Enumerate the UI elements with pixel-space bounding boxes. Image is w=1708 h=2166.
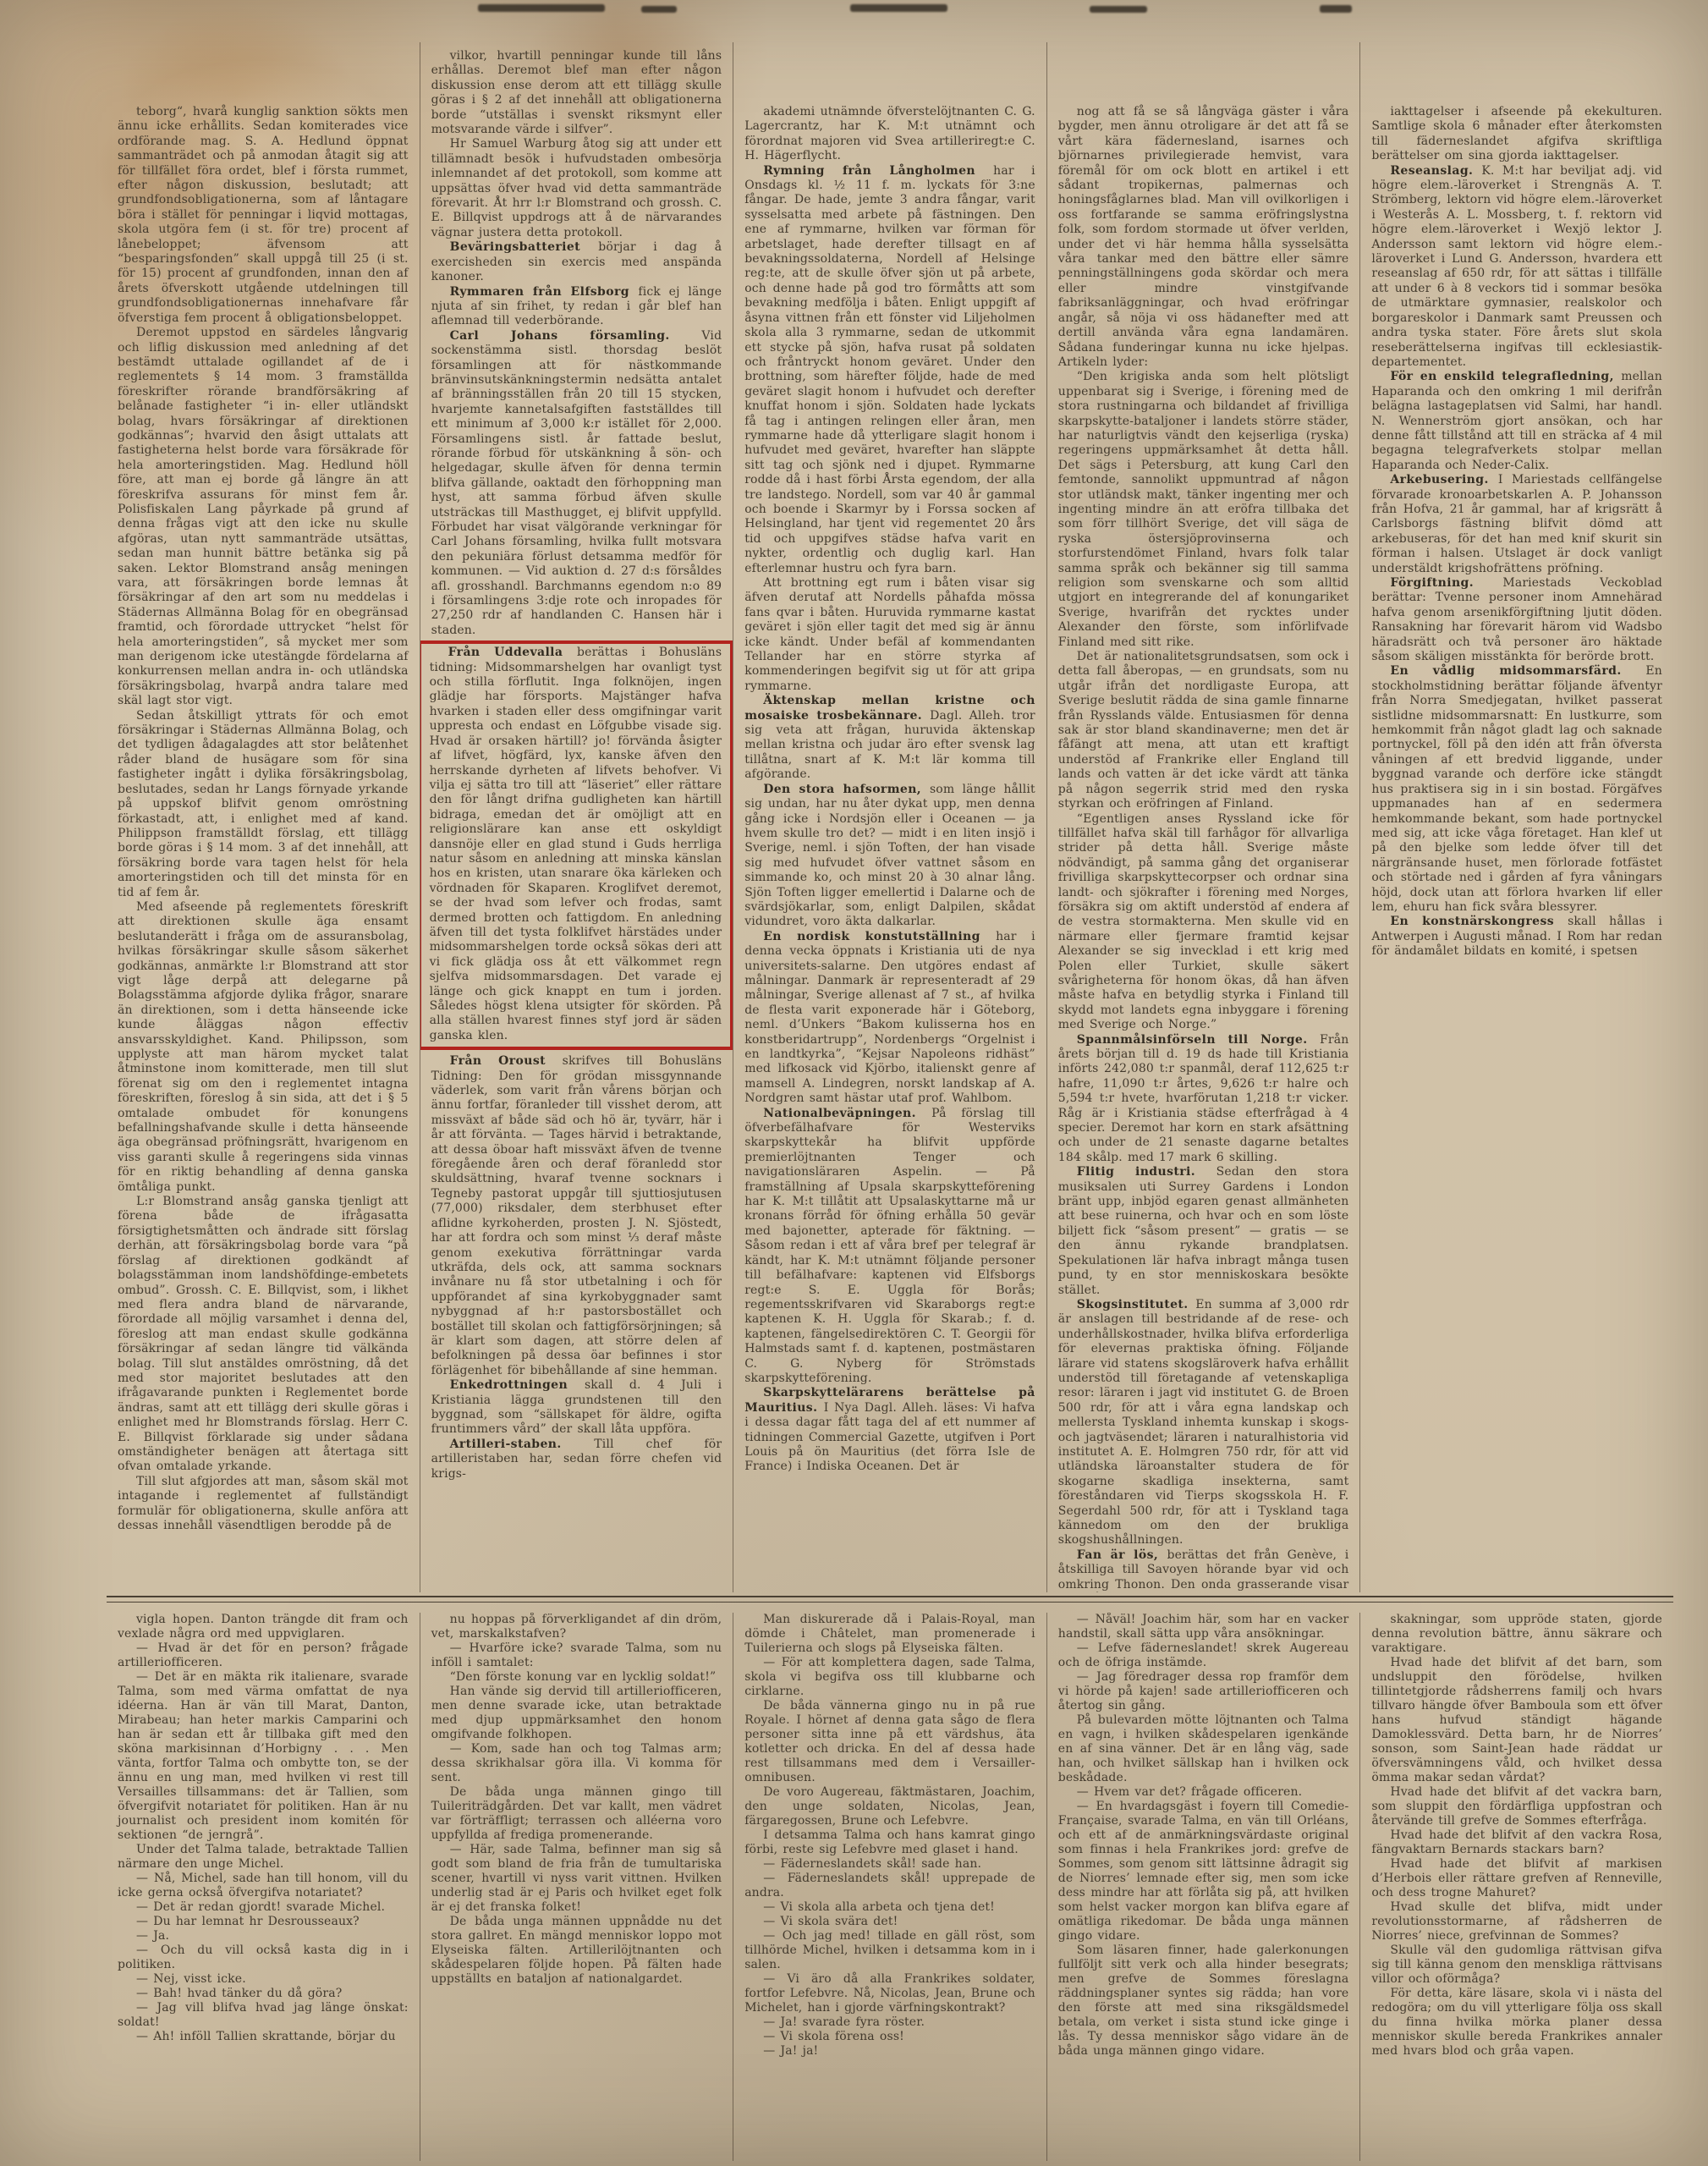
news-item: Reseanslag. K. M:t har beviljat adj. vid… <box>1371 164 1662 371</box>
news-paragraph: Hvad hade det blifvit af markisen d’Herb… <box>1371 1857 1662 1900</box>
news-paragraph: Under det Talma talade, betraktade Talli… <box>118 1843 409 1872</box>
news-item: Spannmålsinförseln till Norge. Från året… <box>1058 1033 1349 1166</box>
news-paragraph: — Bah! hvad tänker du då göra? <box>118 1987 409 2001</box>
news-paragraph: akademi utnämnde öfverstelöjtnanten C. G… <box>744 105 1035 164</box>
news-paragraph: Deremot uppstod en särdeles långvarig oc… <box>118 326 409 709</box>
news-item: Äktenskap mellan kristne och mosaiske tr… <box>744 694 1035 782</box>
news-item: Från Uddevalla berättas i Bohusläns tidn… <box>430 646 722 1043</box>
news-paragraph: — Nå, Michel, sade han till honom, vill … <box>118 1872 409 1900</box>
cropped-print-fragment <box>478 4 605 12</box>
feuilleton-section: vigla hopen. Danton trängde dit fram och… <box>107 1613 1673 2161</box>
news-item: Arkebusering. I Mariestads cellfängelse … <box>1371 473 1662 576</box>
news-item: Förgiftning. Mariestads Veckoblad berätt… <box>1371 576 1662 664</box>
article-headline: Reseanslag. <box>1390 164 1481 178</box>
article-headline: Arkebusering. <box>1390 473 1497 487</box>
news-paragraph: — Vi äro då alla Frankrikes soldater, fo… <box>744 1972 1035 2015</box>
article-headline: Äktenskap mellan kristne och mosaiske tr… <box>744 694 1035 722</box>
news-paragraph: På bulevarden mötte löjtnanten och Talma… <box>1058 1713 1349 1785</box>
news-paragraph: Att brottning egt rum i båten visar sig … <box>744 576 1035 694</box>
feuilleton-column-4: — Nåväl! Joachim här, som har en vacker … <box>1046 1613 1360 2161</box>
news-paragraph: L:r Blomstrand ansåg ganska tjenligt att… <box>118 1195 409 1475</box>
news-paragraph: — Kom, sade han och tog Talmas arm; dess… <box>431 1742 722 1785</box>
article-headline: Spannmålsinförseln till Norge. <box>1077 1033 1320 1047</box>
news-item: För en enskild telegrafledning, mellan H… <box>1371 370 1662 473</box>
feuilleton-column-1: vigla hopen. Danton trängde dit fram och… <box>107 1613 420 2161</box>
feuilleton-column-2: nu hoppas på förverkligandet af din dröm… <box>420 1613 733 2161</box>
news-paragraph: vigla hopen. Danton trängde dit fram och… <box>118 1613 409 1641</box>
highlighted-article-box[interactable]: Från Uddevalla berättas i Bohusläns tidn… <box>420 640 733 1050</box>
news-item: En konstnärskongress skall hållas i Antw… <box>1371 915 1662 959</box>
top_section-column-2: vilkor, hvartill penningar kunde till lå… <box>420 42 733 1592</box>
news-paragraph: Till slut afgjordes att man, såsom skäl … <box>118 1475 409 1534</box>
news-paragraph: — Vi skola svära det! <box>744 1915 1035 1929</box>
cropped-print-fragment <box>641 6 677 13</box>
news-paragraph: skakningar, som uppröde staten, gjorde d… <box>1371 1613 1662 1656</box>
news-paragraph: “Den förste konung var en lycklig soldat… <box>431 1670 722 1685</box>
news-item: Den stora hafsormen, som länge hållit si… <box>744 783 1035 930</box>
news-item: Skarpskyttelärarens berättelse på Maurit… <box>744 1386 1035 1474</box>
feuilleton-column-3: Man diskurerade då i Palais-Royal, man d… <box>733 1613 1046 2161</box>
news-item: En vådlig midsommarsfärd. En stockholmst… <box>1371 664 1662 915</box>
news-section: teborg“, hvarå kunglig sanktion sökts me… <box>107 42 1673 1592</box>
news-paragraph: — Hvem var det? frågade officeren. <box>1058 1785 1349 1800</box>
news-paragraph: — Jag föredrager dessa rop framför dem v… <box>1058 1670 1349 1713</box>
article-headline: Den stora hafsormen, <box>763 783 930 796</box>
top_section-column-1: teborg“, hvarå kunglig sanktion sökts me… <box>107 42 420 1592</box>
news-paragraph: Det är nationalitetsgrundsatsen, som ock… <box>1058 650 1349 811</box>
news-paragraph: — Fäderneslandets skål! upprepade de and… <box>744 1872 1035 1900</box>
news-paragraph: — Jag vill blifva hvad jag länge önskat:… <box>118 2001 409 2030</box>
news-paragraph: De voro Augereau, fäktmästaren, Joachim,… <box>744 1785 1035 1828</box>
news-item: Artilleri-staben. Till chef för artiller… <box>431 1438 722 1482</box>
news-item: Flitig industri. Sedan den stora musiksa… <box>1058 1165 1349 1298</box>
news-paragraph: — Här, sade Talma, befinner man sig så g… <box>431 1843 722 1915</box>
news-paragraph: — Ah! inföll Tallien skrattande, börjar … <box>118 2030 409 2044</box>
article-headline: Skogsinstitutet. <box>1077 1298 1195 1311</box>
news-paragraph: Hvad hade det blifvit af den vackra Rosa… <box>1371 1828 1662 1857</box>
top_section-column-4: nog att få se så långväga gäster i våra … <box>1046 42 1360 1592</box>
newspaper-page: teborg“, hvarå kunglig sanktion sökts me… <box>0 0 1708 2166</box>
news-paragraph: nog att få se så långväga gäster i våra … <box>1058 105 1349 370</box>
news-paragraph: Som läsaren finner, hade galerkonungen f… <box>1058 1943 1349 2059</box>
news-item: Rymmaren från Elfsborg fick ej länge nju… <box>431 285 722 329</box>
article-headline: Artilleri-staben. <box>450 1438 595 1451</box>
news-item: Från Oroust skrifves till Bohusläns Tidn… <box>431 1054 722 1378</box>
article-headline: Carl Johans församling. <box>450 329 702 343</box>
news-item: Skogsinstitutet. En summa af 3,000 rdr ä… <box>1058 1298 1349 1548</box>
news-paragraph: Hvad hade det blifvit af det vackra barn… <box>1371 1785 1662 1828</box>
news-paragraph: — Ja! svarade fyra röster. <box>744 2015 1035 2030</box>
news-paragraph: — Fäderneslandets skål! sade han. <box>744 1857 1035 1872</box>
news-paragraph: Hvad hade det blifvit af det barn, som u… <box>1371 1656 1662 1785</box>
top_section-column-3: akademi utnämnde öfverstelöjtnanten C. G… <box>733 42 1046 1592</box>
news-paragraph: De båda unga männen uppnådde nu det stor… <box>431 1915 722 1987</box>
news-item: Rymning från Långholmen har i Onsdags kl… <box>744 164 1035 576</box>
cropped-print-fragment <box>850 4 947 12</box>
cropped-print-fragment <box>1090 6 1147 13</box>
news-paragraph: — Vi skola förena oss! <box>744 2030 1035 2044</box>
article-headline: Rymning från Långholmen <box>763 164 993 178</box>
news-item: Fan är lös, berättas det från Genève, i … <box>1058 1548 1349 1592</box>
news-paragraph: — Det är en mäkta rik italienare, svarad… <box>118 1670 409 1843</box>
news-item: Beväringsbatteriet börjar i dag å exerci… <box>431 240 722 284</box>
news-paragraph: Hr Samuel Warburg åtog sig att under ett… <box>431 137 722 240</box>
news-paragraph: — Och jag med! tillade en gäll röst, som… <box>744 1929 1035 1972</box>
section-divider-rule <box>107 1596 1673 1603</box>
article-headline: Från Uddevalla <box>448 646 577 659</box>
news-paragraph: — Ja. <box>118 1929 409 1943</box>
news-paragraph: nu hoppas på förverkligandet af din dröm… <box>431 1613 722 1641</box>
news-paragraph: — Hvarföre icke? svarade Talma, som nu i… <box>431 1641 722 1670</box>
news-paragraph: teborg“, hvarå kunglig sanktion sökts me… <box>118 105 409 326</box>
feuilleton-column-5: skakningar, som uppröde staten, gjorde d… <box>1359 1613 1673 2161</box>
article-headline: En nordisk konstutställning <box>763 930 996 943</box>
news-paragraph: — För att komplettera dagen, sade Talma,… <box>744 1656 1035 1699</box>
article-headline: Flitig industri. <box>1077 1165 1216 1179</box>
news-paragraph: De båda unga männen gingo till Tuileritr… <box>431 1785 722 1843</box>
news-paragraph: Med afseende på reglementets föreskrift … <box>118 900 409 1195</box>
news-paragraph: — En hvardagsgäst i foyern till Comedie-… <box>1058 1800 1349 1943</box>
article-headline: Nationalbeväpningen. <box>763 1107 931 1120</box>
news-paragraph: Hvad skulle det blifva, midt under revol… <box>1371 1900 1662 1943</box>
article-headline: Enkedrottningen <box>450 1378 585 1392</box>
news-paragraph: — Ja! ja! <box>744 2044 1035 2059</box>
news-paragraph: — Och du vill också kasta dig in i polit… <box>118 1943 409 1972</box>
article-headline: Förgiftning. <box>1390 576 1502 590</box>
news-paragraph: vilkor, hvartill penningar kunde till lå… <box>431 49 722 137</box>
news-paragraph: “Egentligen anses Ryssland icke för till… <box>1058 812 1349 1033</box>
news-item: Nationalbeväpningen. På förslag till öfv… <box>744 1107 1035 1387</box>
news-paragraph: — Hvad är det för en person? frågade art… <box>118 1641 409 1670</box>
news-paragraph: — Det är redan gjordt! svarade Michel. <box>118 1900 409 1915</box>
news-paragraph: — Du har lemnat hr Desrousseaux? <box>118 1915 409 1929</box>
news-paragraph: Man diskurerade då i Palais-Royal, man d… <box>744 1613 1035 1656</box>
news-paragraph: I detsamma Talma och hans kamrat gingo f… <box>744 1828 1035 1857</box>
article-headline: En vådlig midsommarsfärd. <box>1390 664 1645 678</box>
article-headline: Från Oroust <box>450 1054 563 1068</box>
article-headline: För en enskild telegrafledning, <box>1390 370 1621 383</box>
article-headline: Fan är lös, <box>1077 1548 1167 1562</box>
article-headline: En konstnärskongress <box>1390 915 1568 928</box>
news-item: Enkedrottningen skall d. 4 Juli i Kristi… <box>431 1378 722 1438</box>
news-paragraph: — Nåväl! Joachim här, som har en vacker … <box>1058 1613 1349 1641</box>
top_section-column-5: iakttagelser i afseende på ekekulturen. … <box>1359 42 1673 1592</box>
news-paragraph: Han vände sig dervid till artillerioffic… <box>431 1685 722 1742</box>
article-headline: Skarpskyttelärarens berättelse på Maurit… <box>744 1386 1035 1414</box>
news-paragraph: Sedan åtskilligt yttrats för och emot fö… <box>118 709 409 900</box>
news-paragraph: Skulle väl den gudomliga rättvisan gifva… <box>1371 1943 1662 1987</box>
news-paragraph: — Nej, visst icke. <box>118 1972 409 1987</box>
news-paragraph: De båda vännerna gingo nu in på rue Roya… <box>744 1699 1035 1785</box>
news-paragraph: — Lefve fäderneslandet! skrek Augereau o… <box>1058 1641 1349 1670</box>
news-item: Carl Johans församling. Vid sockenstämma… <box>431 329 722 639</box>
cropped-print-fragment <box>1320 5 1352 13</box>
news-paragraph: För detta, käre läsare, skola vi i nästa… <box>1371 1987 1662 2059</box>
news-paragraph: iakttagelser i afseende på ekekulturen. … <box>1371 105 1662 164</box>
article-headline: Rymmaren från Elfsborg <box>450 285 639 299</box>
article-headline: Beväringsbatteriet <box>450 240 599 254</box>
news-item: En nordisk konstutställning har i denna … <box>744 930 1035 1107</box>
news-paragraph: — Vi skola alla arbeta och tjena det! <box>744 1900 1035 1915</box>
news-paragraph: “Den krigiska anda som helt plötsligt up… <box>1058 370 1349 650</box>
